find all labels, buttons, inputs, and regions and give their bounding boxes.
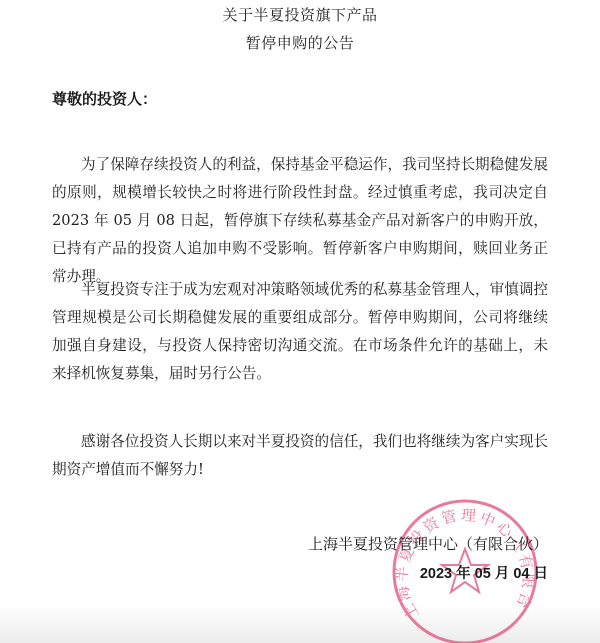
- document-title-line1: 关于半夏投资旗下产品: [0, 4, 600, 25]
- announcement-page: 关于半夏投资旗下产品 暂停申购的公告 尊敬的投资人： 为了保障存续投资人的利益，…: [0, 0, 600, 643]
- paragraph-company-focus: 半夏投资专注于成为宏观对冲策略领域优秀的私募基金管理人，审慎调控管理规模是公司长…: [52, 276, 548, 388]
- svg-text:上海半夏投资管理中心（有限合伙）: 上海半夏投资管理中心（有限合伙）: [390, 497, 537, 622]
- paragraph-suspension-notice: 为了保障存续投资人的利益，保持基金平稳运作，我司坚持长期稳健发展的原则，规模增长…: [52, 151, 548, 291]
- signature-date: 2023 年 05 月 04 日: [420, 562, 548, 583]
- paragraph-thanks: 感谢各位投资人长期以来对半夏投资的信任，我们也将继续为客户实现长期资产增值而不懈…: [52, 428, 548, 484]
- signer-name: 上海半夏投资管理中心（有限合伙）: [308, 533, 548, 554]
- salutation: 尊敬的投资人：: [52, 88, 157, 109]
- document-title-line2: 暂停申购的公告: [0, 32, 600, 53]
